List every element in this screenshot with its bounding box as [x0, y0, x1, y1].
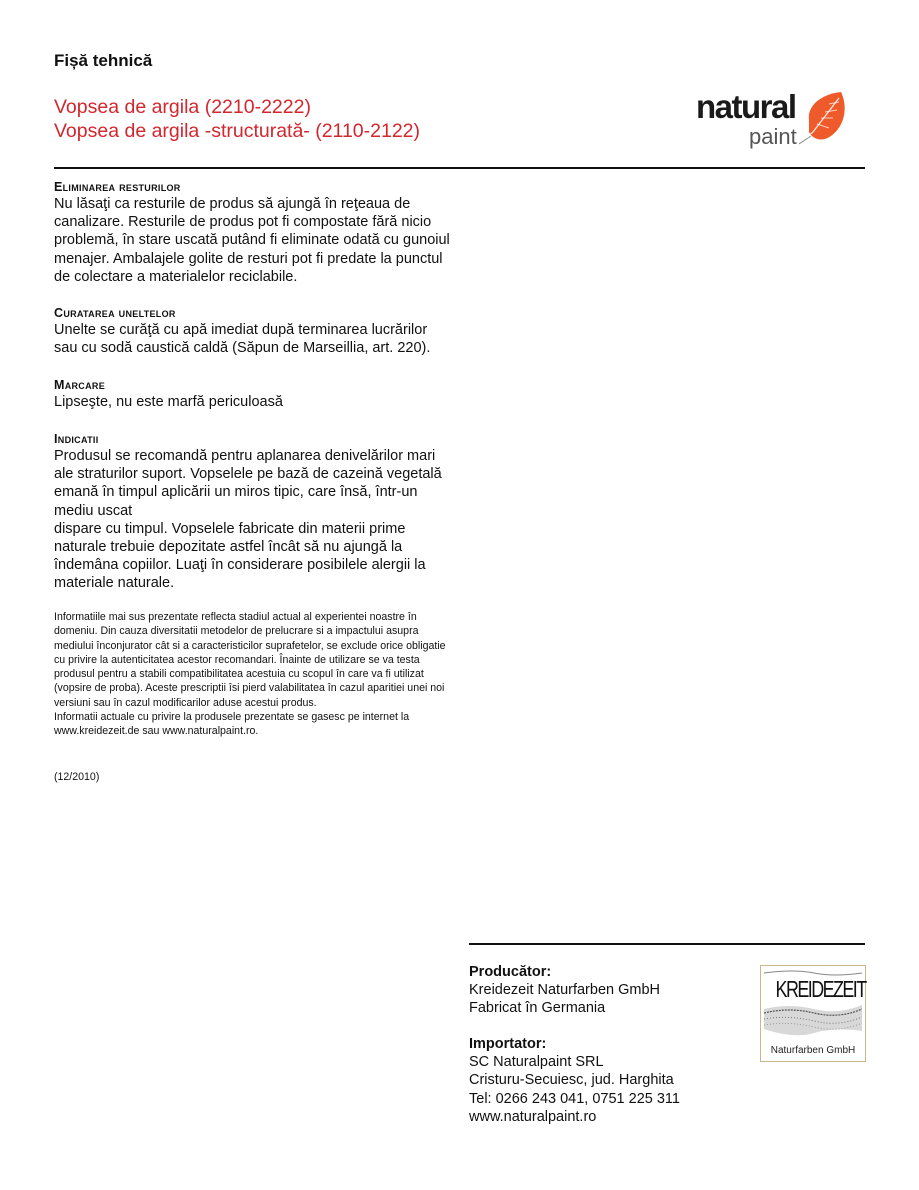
section-curatarea-uneltelor: Curatarea uneltelor Unelte se curăţă cu …	[54, 305, 454, 357]
section-body-part2: dispare cu timpul. Vopselele fabricate d…	[54, 520, 454, 593]
section-heading: Indicatii	[54, 431, 454, 447]
section-heading: Curatarea uneltelor	[54, 305, 454, 321]
importer-block: Importator: SC Naturalpaint SRL Cristuru…	[469, 1035, 680, 1126]
kreidezeit-logo: KREIDEZEIT Naturfarben GmbH	[760, 965, 866, 1062]
leaf-icon	[799, 90, 849, 146]
header-divider	[54, 167, 865, 169]
section-body-part1: Produsul se recomandă pentru aplanarea d…	[54, 447, 454, 520]
product-title-1: Vopsea de argila (2210-2222)	[54, 95, 420, 119]
section-body: Unelte se curăţă cu apă imediat după ter…	[54, 321, 454, 357]
product-title-2: Vopsea de argila -structurată- (2110-212…	[54, 119, 420, 143]
disclaimer-paragraph-2: Informatii actuale cu privire la produse…	[54, 710, 454, 739]
section-heading: Eliminarea resturilor	[54, 179, 454, 195]
producer-label: Producător:	[469, 963, 660, 981]
importer-label: Importator:	[469, 1035, 680, 1053]
importer-phone: Tel: 0266 243 041, 0751 225 311	[469, 1090, 680, 1108]
importer-address: Cristuru-Secuiesc, jud. Harghita	[469, 1071, 680, 1089]
section-heading: Marcare	[54, 377, 454, 393]
kreidezeit-subtitle: Naturfarben GmbH	[761, 1045, 865, 1056]
section-indicatii: Indicatii Produsul se recomandă pentru a…	[54, 431, 454, 593]
importer-website[interactable]: www.naturalpaint.ro	[469, 1108, 680, 1126]
logo-word-paint: paint	[749, 124, 797, 150]
disclaimer-paragraph-1: Informatiile mai sus prezentate reflecta…	[54, 610, 454, 710]
logo-word-natural: natural	[696, 88, 796, 126]
producer-name: Kreidezeit Naturfarben GmbH	[469, 981, 660, 999]
section-body: Nu lăsaţi ca resturile de produs să ajun…	[54, 195, 454, 286]
section-eliminarea-resturilor: Eliminarea resturilor Nu lăsaţi ca restu…	[54, 179, 454, 286]
naturalpaint-logo: natural paint	[696, 86, 856, 154]
producer-block: Producător: Kreidezeit Naturfarben GmbH …	[469, 963, 660, 1018]
disclaimer: Informatiile mai sus prezentate reflecta…	[54, 610, 454, 739]
footer-divider	[469, 943, 865, 945]
revision-date: (12/2010)	[54, 771, 99, 783]
importer-name: SC Naturalpaint SRL	[469, 1053, 680, 1071]
product-titles: Vopsea de argila (2210-2222) Vopsea de a…	[54, 95, 420, 143]
producer-origin: Fabricat în Germania	[469, 999, 660, 1017]
section-body: Lipseşte, nu este marfă periculoasă	[54, 393, 454, 411]
document-type: Fișă tehnică	[54, 51, 152, 71]
kreidezeit-wordmark: KREIDEZEIT	[776, 976, 851, 1003]
section-marcare: Marcare Lipseşte, nu este marfă periculo…	[54, 377, 454, 411]
